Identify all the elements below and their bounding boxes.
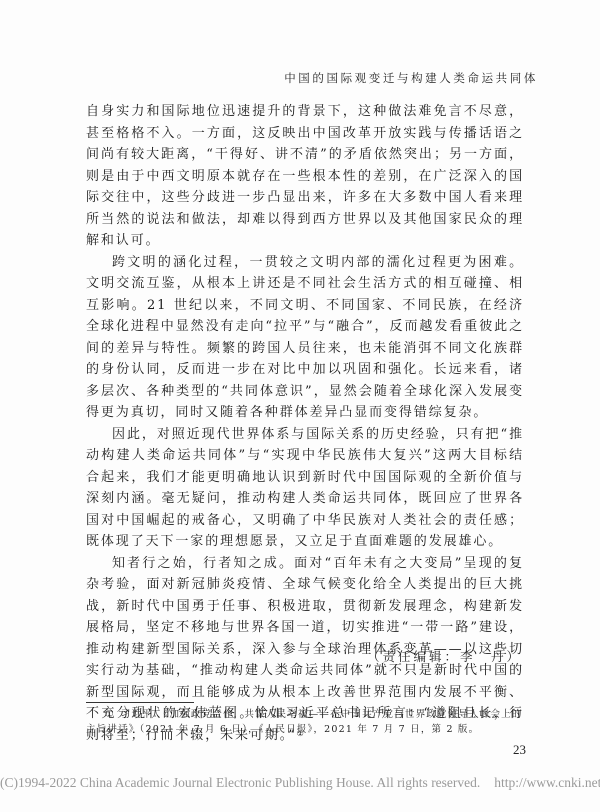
copyright-text: (C)1994-2022 China Academic Journal Elec… [0, 775, 480, 790]
running-header: 中国的国际观变迁与构建人类命运共同体 [284, 70, 538, 86]
footnote-item: ①习近平：《加强政党合作，共谋人民幸福——在中国共产党与世界政党领导人峰会上的主… [86, 707, 526, 737]
paragraph: 因此，对照近现代世界体系与国际关系的历史经验，只有把“推动构建人类命运共同体”与… [86, 424, 524, 553]
responsible-editor: （责任编辑：李 丹） [367, 647, 522, 665]
copyright-notice: (C)1994-2022 China Academic Journal Elec… [0, 775, 600, 791]
footnote-text: 习近平：《加强政党合作，共谋人民幸福——在中国共产党与世界政党领导人峰会上的主旨… [86, 709, 523, 735]
footnotes: ①习近平：《加强政党合作，共谋人民幸福——在中国共产党与世界政党领导人峰会上的主… [86, 707, 526, 737]
copyright-url[interactable]: http://www.cnki.net [494, 775, 600, 790]
page-number: 23 [513, 742, 526, 758]
paragraph: 跨文明的涵化过程，一贯较之文明内部的濡化过程更为困难。文明交流互鉴，从根本上讲还… [86, 252, 524, 424]
paragraph: 自身实力和国际地位迅速提升的背景下，这种做法难免言不尽意，甚至格格不入。一方面，… [86, 101, 524, 252]
footnote-divider [86, 702, 194, 703]
footnote-mark: ① [105, 709, 115, 720]
